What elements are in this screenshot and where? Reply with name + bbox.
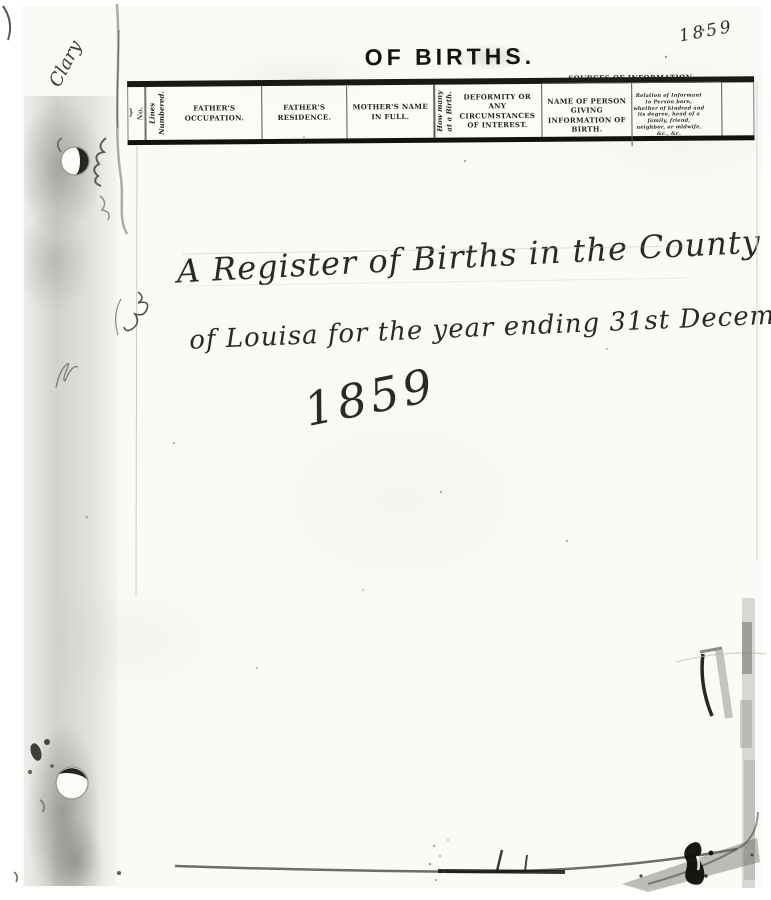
page-title: OF BIRTHS. — [345, 43, 555, 72]
corner-year-note: 1859 — [677, 17, 735, 47]
col-fathers-occupation: FATHER'S OCCUPATION. — [167, 86, 262, 140]
col-fathers-residence: FATHER'S RESIDENCE. — [262, 85, 347, 139]
col-informant-relation-text: Relation of Informant to Person born, wh… — [632, 92, 705, 137]
col-number-fragment: } No. — [127, 87, 145, 140]
scanned-page: Clary 1859 OF BIRTHS. } No. Lines Number… — [0, 0, 771, 900]
col-how-many-at-birth: How many at a Birth. — [434, 85, 453, 138]
col-informant-relation: Relation of Informant to Person born, wh… — [632, 83, 721, 147]
col-group-sources: SOURCES OF INFORMATION. NAME OF PERSON G… — [542, 82, 722, 136]
handwritten-title-line-1: A Register of Births in the County — [176, 222, 762, 290]
col-blank — [722, 82, 754, 135]
spine-handwriting: Clary — [45, 37, 86, 90]
register-header-table: } No. Lines Numbered. FATHER'S OCCUPATIO… — [127, 76, 754, 145]
col-lines-numbered: Lines Numbered. — [145, 87, 167, 140]
brace-glyph: } — [128, 107, 134, 119]
col-informant-name: NAME OF PERSON GIVING INFORMATION OF BIR… — [542, 83, 632, 147]
page-content: Clary 1859 OF BIRTHS. } No. Lines Number… — [0, 0, 771, 900]
col-number-fragment-label: No. — [135, 106, 145, 121]
handwritten-year: 1859 — [300, 358, 441, 437]
col-mothers-name: MOTHER'S NAME IN FULL. — [347, 85, 434, 139]
col-deformity: DEFORMITY OR ANY CIRCUMSTANCES OF INTERE… — [453, 84, 542, 138]
handwritten-title-line-2: of Louisa for the year ending 31st Decem… — [189, 299, 771, 356]
